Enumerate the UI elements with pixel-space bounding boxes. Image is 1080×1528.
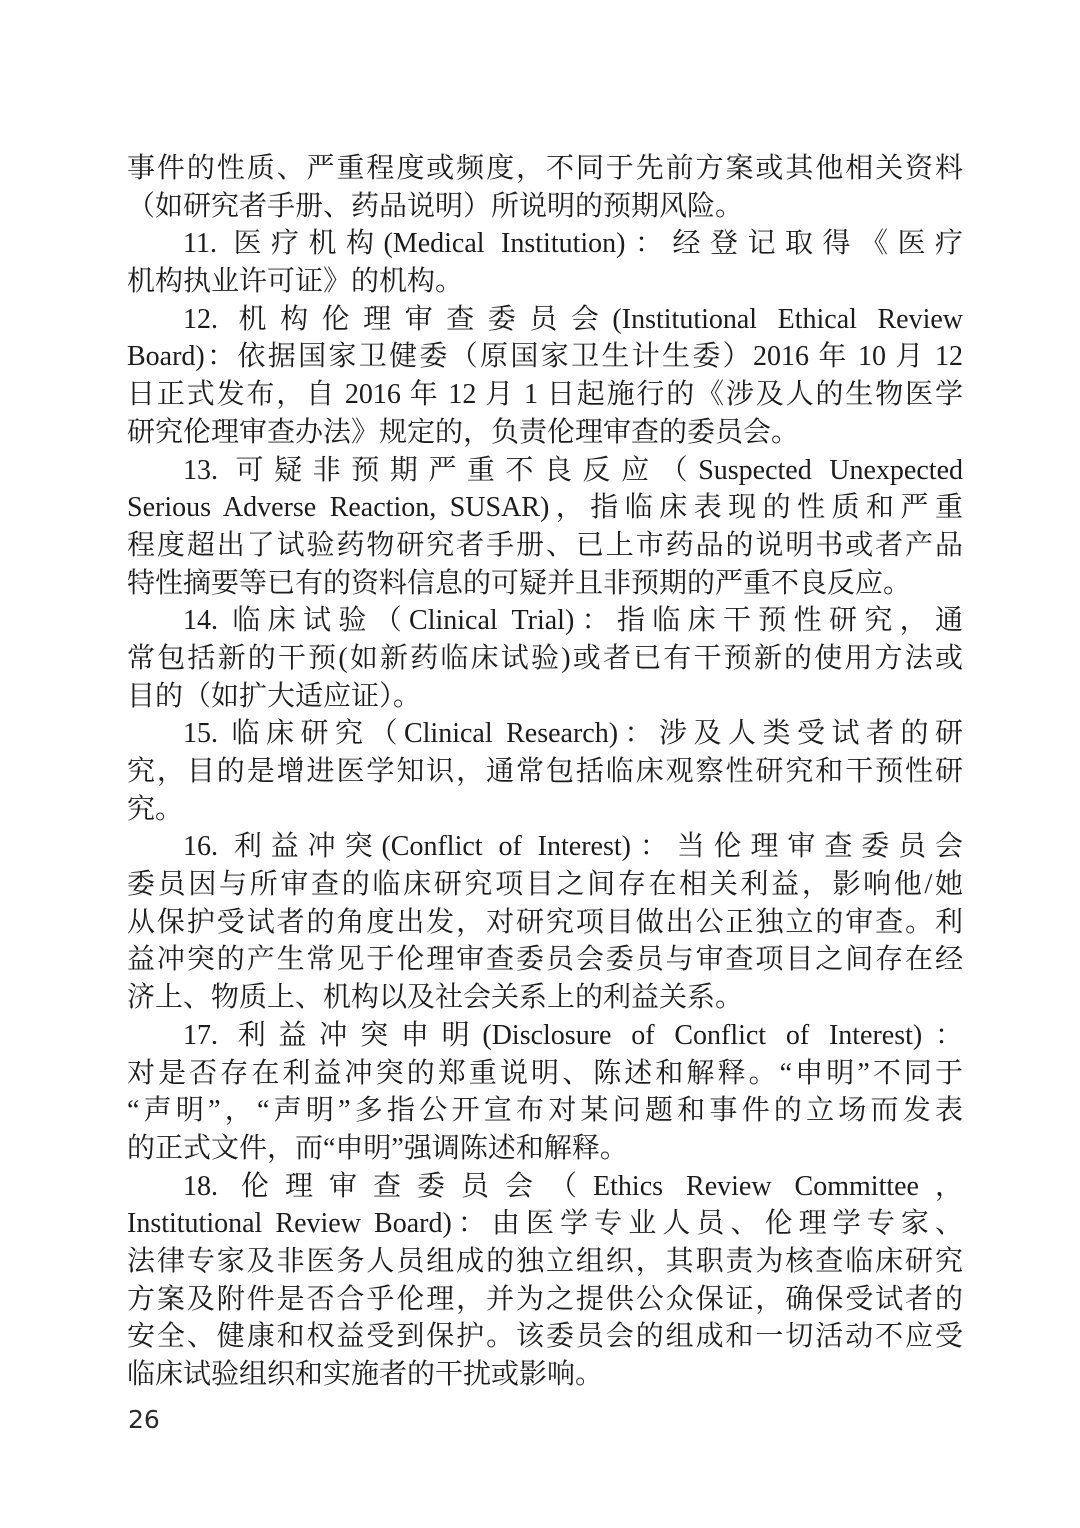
text-line: 17. 利益冲突申明(Disclosure of Conflict of Int… — [127, 1017, 963, 1055]
text-line: Institutional Review Board)：由医学专业人员、伦理学专… — [127, 1205, 963, 1243]
text-line: 11. 医疗机构(Medical Institution)：经登记取得《医疗 — [127, 225, 963, 263]
text-line: 究。 — [127, 791, 963, 829]
page-number: 26 — [128, 1404, 160, 1436]
text-line: Board)：依据国家卫健委（原国家卫生计生委）2016 年 10 月 12 — [127, 338, 963, 376]
text-line: 事件的性质、严重程度或频度，不同于先前方案或其他相关资料 — [127, 150, 963, 188]
text-line: Serious Adverse Reaction, SUSAR)，指临床表现的性… — [127, 489, 963, 527]
text-line: 常包括新的干预(如新药临床试验)或者已有干预新的使用方法或 — [127, 640, 963, 678]
text-line: 12. 机构伦理审查委员会(Institutional Ethical Revi… — [127, 301, 963, 339]
text-line: 方案及附件是否合乎伦理，并为之提供公众保证，确保受试者的 — [127, 1281, 963, 1319]
text-line: 18. 伦理审查委员会（Ethics Review Committee， — [127, 1168, 963, 1206]
text-line: （如研究者手册、药品说明）所说明的预期风险。 — [127, 188, 963, 226]
text-line: 益冲突的产生常见于伦理审查委员会委员与审查项目之间存在经 — [127, 941, 963, 979]
text-line: 14. 临床试验（Clinical Trial)：指临床干预性研究，通 — [127, 602, 963, 640]
text-line: 13. 可疑非预期严重不良反应（Suspected Unexpected — [127, 452, 963, 490]
document-page: 事件的性质、严重程度或频度，不同于先前方案或其他相关资料（如研究者手册、药品说明… — [0, 0, 1080, 1528]
text-line: 济上、物质上、机构以及社会关系上的利益关系。 — [127, 979, 963, 1017]
text-line: 法律专家及非医务人员组成的独立组织，其职责为核查临床研究 — [127, 1243, 963, 1281]
text-line: 的正式文件，而“申明”强调陈述和解释。 — [127, 1130, 963, 1168]
text-line: 15. 临床研究（Clinical Research)：涉及人类受试者的研 — [127, 715, 963, 753]
text-line: 特性摘要等已有的资料信息的可疑并且非预期的严重不良反应。 — [127, 565, 963, 603]
text-line: 机构执业许可证》的机构。 — [127, 263, 963, 301]
text-line: 安全、健康和权益受到保护。该委员会的组成和一切活动不应受 — [127, 1318, 963, 1356]
text-line: 程度超出了试验药物研究者手册、已上市药品的说明书或者产品 — [127, 527, 963, 565]
text-line: 目的（如扩大适应证）。 — [127, 678, 963, 716]
text-line: 从保护受试者的角度出发，对研究项目做出公正独立的审查。利 — [127, 904, 963, 942]
text-block: 事件的性质、严重程度或频度，不同于先前方案或其他相关资料（如研究者手册、药品说明… — [127, 150, 963, 1394]
text-line: 委员因与所审查的临床研究项目之间存在相关利益，影响他/她 — [127, 866, 963, 904]
text-line: 日正式发布，自 2016 年 12 月 1 日起施行的《涉及人的生物医学 — [127, 376, 963, 414]
text-line: “声明”，“声明”多指公开宣布对某问题和事件的立场而发表 — [127, 1092, 963, 1130]
text-line: 对是否存在利益冲突的郑重说明、陈述和解释。“申明”不同于 — [127, 1055, 963, 1093]
text-line: 临床试验组织和实施者的干扰或影响。 — [127, 1356, 963, 1394]
text-line: 16. 利益冲突(Conflict of Interest)：当伦理审查委员会 — [127, 828, 963, 866]
text-line: 究，目的是增进医学知识，通常包括临床观察性研究和干预性研 — [127, 753, 963, 791]
text-line: 研究伦理审查办法》规定的，负责伦理审查的委员会。 — [127, 414, 963, 452]
